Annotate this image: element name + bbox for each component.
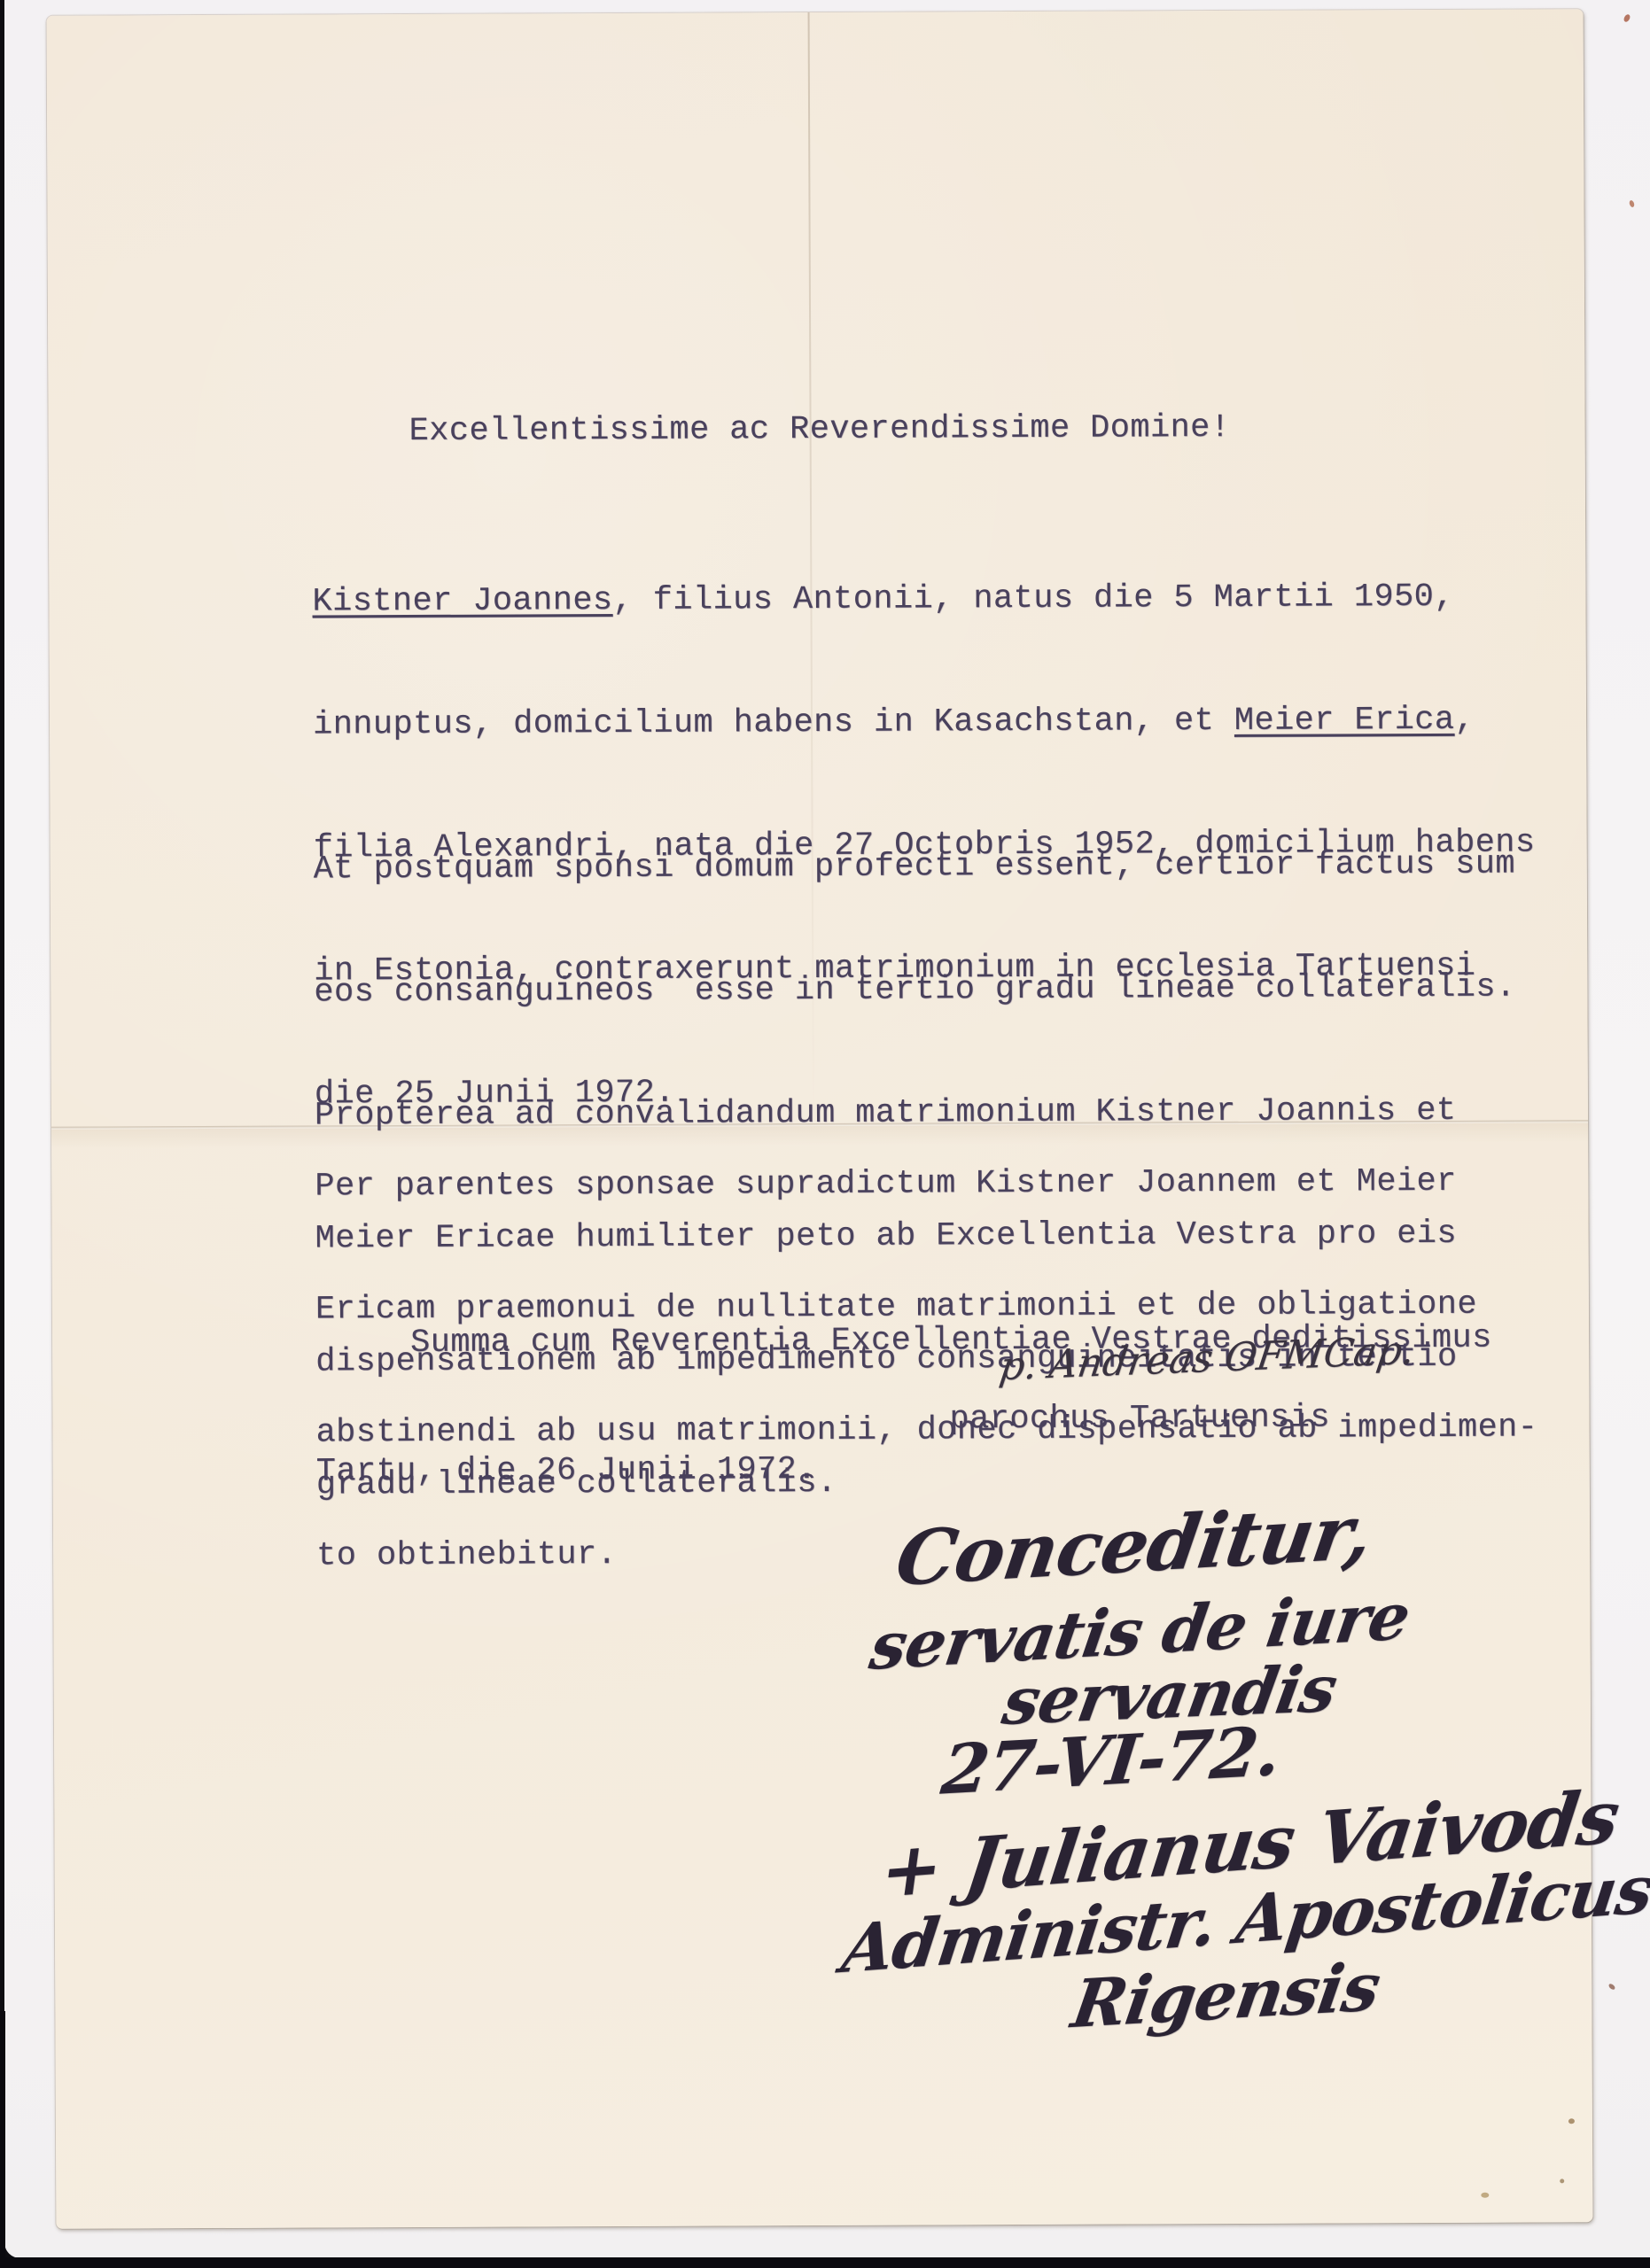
typed-line: Per parentes sponsae supradictum Kistner… bbox=[315, 1157, 1537, 1211]
typed-text: innuptus, domicilium habens in Kasachsta… bbox=[313, 703, 1234, 744]
underlined-name-meier: Meier Erica bbox=[1234, 702, 1455, 740]
scanner-edge-bottom bbox=[0, 2257, 1650, 2268]
scanner-edge-left bbox=[0, 2011, 5, 2268]
typed-text: , filius Antonii, natus die 5 Martii 195… bbox=[612, 579, 1454, 619]
typed-line: Kistner Joannes, filius Antonii, natus d… bbox=[312, 572, 1534, 626]
typed-signature-role: parochus Tartuensis bbox=[949, 1394, 1330, 1444]
typed-line: innuptus, domicilium habens in Kasachsta… bbox=[313, 695, 1535, 750]
annotation-line-date: 27-VI-72. bbox=[938, 1711, 1284, 1809]
typed-line: At postquam sponsi domum profecti essent… bbox=[314, 841, 1515, 895]
date-line: Tartu, die 26 Junii 1972. bbox=[316, 1446, 817, 1496]
paper-speck bbox=[1568, 2118, 1575, 2124]
letter-paper: Excellentissime ac Reverendissime Domine… bbox=[47, 9, 1593, 2229]
typed-text: , bbox=[1454, 702, 1475, 739]
typed-line: eos consanguineos esse in tertio gradu l… bbox=[314, 964, 1515, 1018]
paper-speck bbox=[1560, 2179, 1564, 2183]
underlined-name-kistner: Kistner Joannes bbox=[312, 582, 612, 620]
paper-speck bbox=[1481, 2193, 1489, 2198]
scanned-letter-image: Excellentissime ac Reverendissime Domine… bbox=[0, 0, 1650, 2268]
letter-salutation: Excellentissime ac Reverendissime Domine… bbox=[409, 404, 1230, 456]
